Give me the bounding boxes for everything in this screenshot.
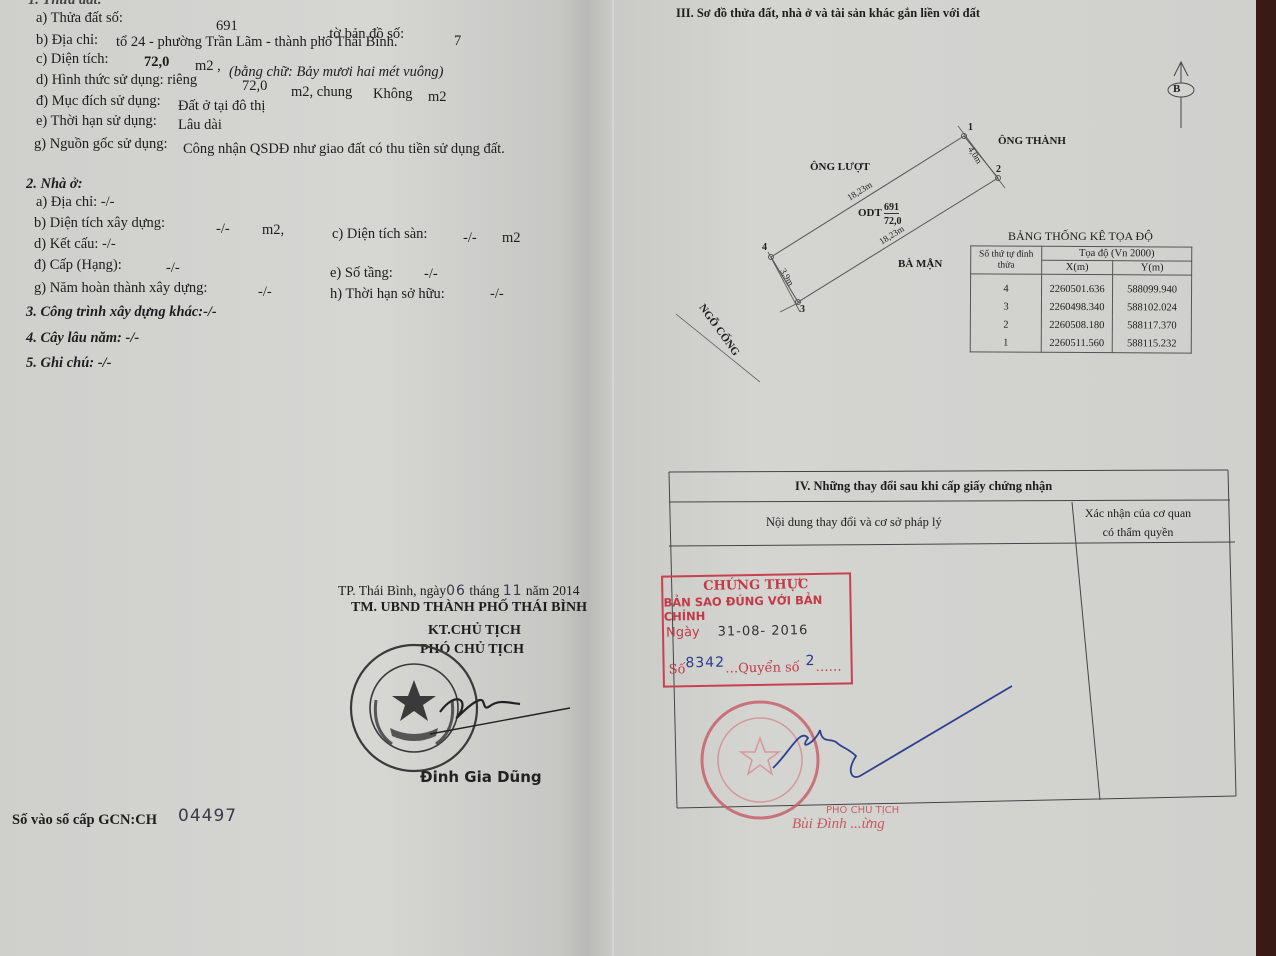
ward-seal-icon — [702, 702, 818, 818]
ward-seal-signer: Bùi Đình ...ừng — [792, 816, 885, 833]
ward-seal-and-signature — [0, 0, 1276, 956]
ward-seal-role: PHÓ CHỦ TỊCH — [826, 805, 899, 816]
